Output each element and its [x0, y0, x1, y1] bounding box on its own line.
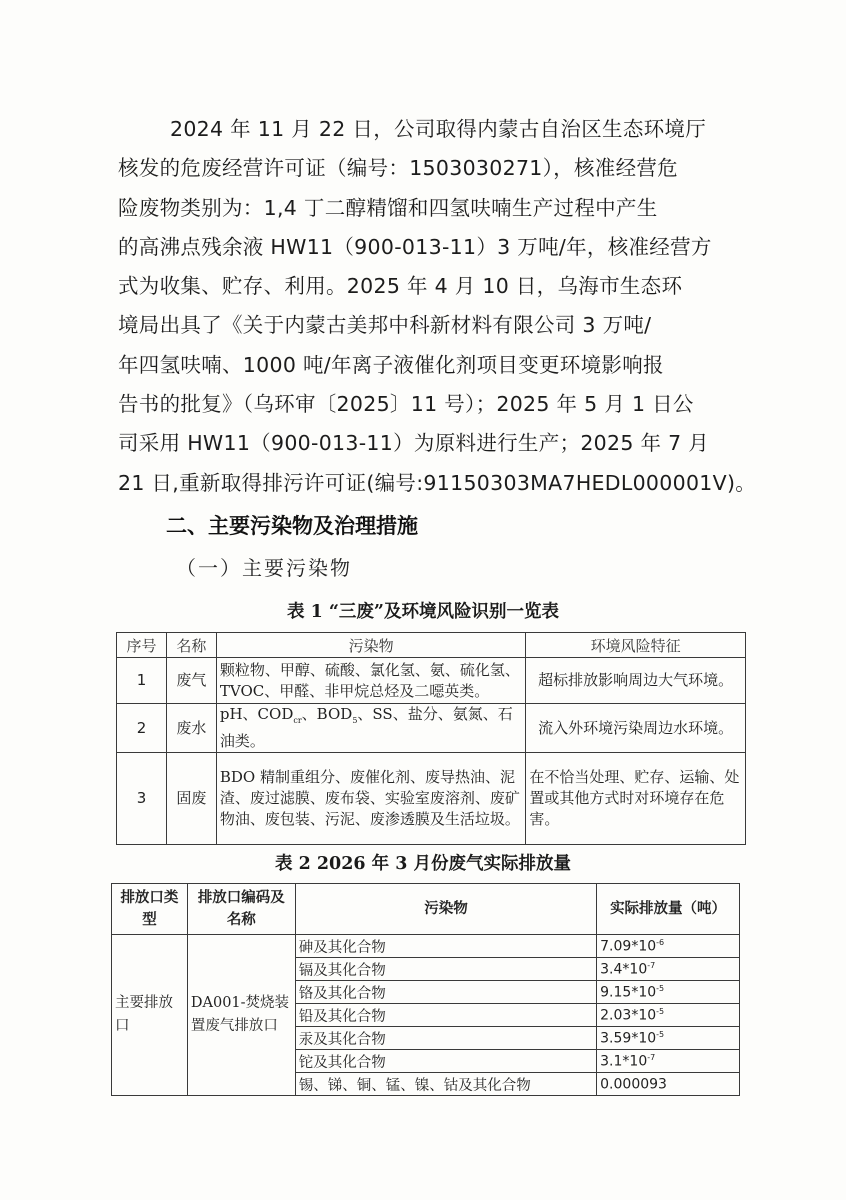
- waste-name: 废气: [166, 658, 216, 704]
- pollutants-cell: 颗粒物、甲醇、硫酸、氯化氢、氨、硫化氢、TVOC、甲醛、非甲烷总烃及二噁英类。: [216, 658, 525, 704]
- value-mantissa: 3.4*10: [600, 961, 647, 977]
- paragraph-line: 的高沸点残余液 HW11（900-013-11）3 万吨/年，核准经营方: [118, 228, 766, 267]
- emission-value: 7.09*10-6: [597, 935, 740, 958]
- pollutant-text: 、BOD: [302, 705, 353, 723]
- row-number: 3: [117, 753, 167, 845]
- pollutants-cell: pH、CODcr、BOD5、SS、盐分、氨氮、石油类。: [216, 704, 525, 753]
- emission-value: 3.4*10-7: [597, 958, 740, 981]
- value-exponent: -7: [647, 961, 655, 970]
- emission-value: 9.15*10-5: [597, 981, 740, 1004]
- value-mantissa: 3.1*10: [600, 1053, 647, 1069]
- value-exponent: -7: [647, 1053, 655, 1062]
- value-mantissa: 2.03*10: [600, 1007, 656, 1023]
- subscript: cr: [293, 716, 301, 725]
- emission-value: 0.000093: [597, 1073, 740, 1096]
- risk-cell: 超标排放影响周边大气环境。: [526, 658, 746, 704]
- paragraph-line: 年四氢呋喃、1000 吨/年离子液催化剂项目变更环境影响报: [118, 346, 766, 385]
- pollutant-cell: 镉及其化合物: [295, 958, 596, 981]
- emission-value: 3.1*10-7: [597, 1050, 740, 1073]
- column-header: 环境风险特征: [526, 633, 746, 658]
- table1-caption: 表 1 “三废”及环境风险识别一览表: [0, 598, 846, 623]
- pollutant-cell: 砷及其化合物: [295, 935, 596, 958]
- section-heading: 二、主要污染物及治理措施: [166, 510, 418, 540]
- column-header: 名称: [166, 633, 216, 658]
- value-exponent: -5: [656, 1007, 664, 1016]
- outlet-name: DA001-焚烧装置废气排放口: [187, 935, 295, 1096]
- paragraph-line: 式为收集、贮存、利用。2025 年 4 月 10 日，乌海市生态环: [118, 267, 766, 306]
- pollutant-cell: 汞及其化合物: [295, 1027, 596, 1050]
- table-header-row: 序号 名称 污染物 环境风险特征: [117, 633, 746, 658]
- emission-value: 3.59*10-5: [597, 1027, 740, 1050]
- emission-value: 2.03*10-5: [597, 1004, 740, 1027]
- waste-name: 固废: [166, 753, 216, 845]
- risk-cell: 流入外环境污染周边水环境。: [526, 704, 746, 753]
- table-row: 3 固废 BDO 精制重组分、废催化剂、废导热油、泥渣、废过滤膜、废布袋、实验室…: [117, 753, 746, 845]
- column-header: 排放口编码及名称: [187, 884, 295, 935]
- paragraph-line: 21 日,重新取得排污许可证(编号:91150303MA7HEDL000001V…: [118, 464, 766, 503]
- column-header: 实际排放量（吨）: [597, 884, 740, 935]
- paragraph-line: 险废物类别为：1,4 丁二醇精馏和四氢呋喃生产过程中产生: [118, 189, 766, 228]
- waste-risk-table: 序号 名称 污染物 环境风险特征 1 废气 颗粒物、甲醇、硫酸、氯化氢、氨、硫化…: [116, 632, 746, 845]
- table-row: 2 废水 pH、CODcr、BOD5、SS、盐分、氨氮、石油类。 流入外环境污染…: [117, 704, 746, 753]
- column-header: 排放口类型: [112, 884, 188, 935]
- paragraph-line: 核发的危废经营许可证（编号：1503030271），核准经营危: [118, 149, 766, 188]
- paragraph-line: 2024 年 11 月 22 日，公司取得内蒙古自治区生态环境厅: [118, 110, 766, 149]
- risk-cell: 在不恰当处理、贮存、运输、处置或其他方式时对环境存在危害。: [526, 753, 746, 845]
- value-exponent: -5: [656, 984, 664, 993]
- pollutants-cell: BDO 精制重组分、废催化剂、废导热油、泥渣、废过滤膜、废布袋、实验室废溶剂、废…: [216, 753, 525, 845]
- table2-caption: 表 2 2026 年 3 月份废气实际排放量: [0, 850, 846, 875]
- paragraph-line: 司采用 HW11（900-013-11）为原料进行生产；2025 年 7 月: [118, 424, 766, 463]
- value-mantissa: 0.000093: [600, 1076, 667, 1092]
- value-mantissa: 9.15*10: [600, 984, 656, 1000]
- waste-name: 废水: [166, 704, 216, 753]
- table-row: 主要排放口 DA001-焚烧装置废气排放口 砷及其化合物 7.09*10-6: [112, 935, 740, 958]
- row-number: 2: [117, 704, 167, 753]
- value-exponent: -5: [656, 1030, 664, 1039]
- pollutant-cell: 铬及其化合物: [295, 981, 596, 1004]
- table-row: 1 废气 颗粒物、甲醇、硫酸、氯化氢、氨、硫化氢、TVOC、甲醛、非甲烷总烃及二…: [117, 658, 746, 704]
- pollutant-cell: 铊及其化合物: [295, 1050, 596, 1073]
- table-header-row: 排放口类型 排放口编码及名称 污染物 实际排放量（吨）: [112, 884, 740, 935]
- column-header: 污染物: [216, 633, 525, 658]
- pollutant-text: pH、COD: [220, 705, 293, 723]
- column-header: 序号: [117, 633, 167, 658]
- pollutant-cell: 铅及其化合物: [295, 1004, 596, 1027]
- value-mantissa: 3.59*10: [600, 1030, 656, 1046]
- pollutant-cell: 锡、锑、铜、锰、镍、钴及其化合物: [295, 1073, 596, 1096]
- row-number: 1: [117, 658, 167, 704]
- value-exponent: -6: [656, 938, 664, 947]
- outlet-type: 主要排放口: [112, 935, 188, 1096]
- paragraph-line: 境局出具了《关于内蒙古美邦中科新材料有限公司 3 万吨/: [118, 306, 766, 345]
- value-mantissa: 7.09*10: [600, 938, 656, 954]
- intro-paragraph: 2024 年 11 月 22 日，公司取得内蒙古自治区生态环境厅 核发的危废经营…: [118, 110, 766, 503]
- paragraph-line: 告书的批复》（乌环审〔2025〕11 号）；2025 年 5 月 1 日公: [118, 385, 766, 424]
- subsection-heading: （一）主要污染物: [176, 552, 352, 581]
- column-header: 污染物: [295, 884, 596, 935]
- emission-table: 排放口类型 排放口编码及名称 污染物 实际排放量（吨） 主要排放口 DA001-…: [111, 883, 740, 1096]
